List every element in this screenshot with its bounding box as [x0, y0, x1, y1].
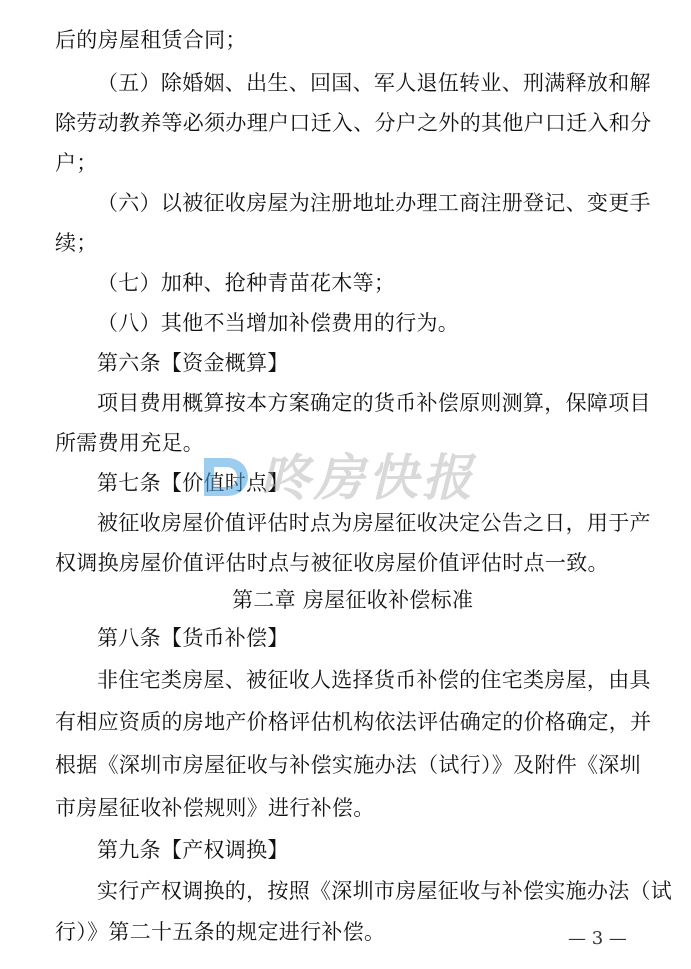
text-line: 市房屋征收补偿规则》进行补偿。	[55, 796, 375, 820]
text-line: 第六条【资金概算】	[97, 351, 289, 375]
text-line: 所需费用充足。	[55, 431, 204, 455]
text-line: （八）其他不当增加补偿费用的行为。	[97, 311, 459, 335]
text-line: 户；	[55, 151, 98, 175]
text-line: 实行产权调换的，按照《深圳市房屋征收与补偿实施办法（试	[97, 879, 672, 903]
text-line: 权调换房屋价值评估时点与被征收房屋价值评估时点一致。	[55, 551, 609, 575]
text-line: 第二章 房屋征收补偿标准	[232, 588, 473, 612]
text-line: 除劳动教养等必须办理户口迁入、分户之外的其他户口迁入和分	[55, 111, 651, 135]
text-line: 被征收房屋价值评估时点为房屋征收决定公告之日，用于产	[97, 511, 651, 535]
watermark-logo-icon	[200, 454, 252, 500]
text-line: 行）》第二十五条的规定进行补偿。	[55, 920, 385, 944]
text-line: 非住宅类房屋、被征收人选择货币补偿的住宅类房屋，由具	[97, 668, 651, 692]
text-line: 根据《深圳市房屋征收与补偿实施办法（试行）》及附件《深圳	[55, 753, 641, 777]
text-line: 项目费用概算按本方案确定的货币补偿原则测算，保障项目	[97, 391, 651, 415]
watermark: 咚房快报	[200, 448, 500, 508]
text-line: （七）加种、抢种青苗花木等；	[97, 271, 395, 295]
text-line: 续；	[55, 231, 98, 255]
text-line: （六）以被征收房屋为注册地址办理工商注册登记、变更手	[97, 191, 651, 215]
page-number: — 3 —	[568, 928, 627, 949]
text-line: 有相应资质的房地产价格评估机构依法评估确定的价格确定，并	[55, 710, 651, 734]
text-line: 后的房屋租赁合同；	[55, 28, 247, 52]
text-line: 第九条【产权调换】	[97, 838, 289, 862]
watermark-text: 咚房快报	[260, 448, 476, 508]
text-line: （五）除婚姻、出生、回国、军人退伍转业、刑满释放和解	[97, 71, 651, 95]
text-line: 第八条【货币补偿】	[97, 626, 289, 650]
